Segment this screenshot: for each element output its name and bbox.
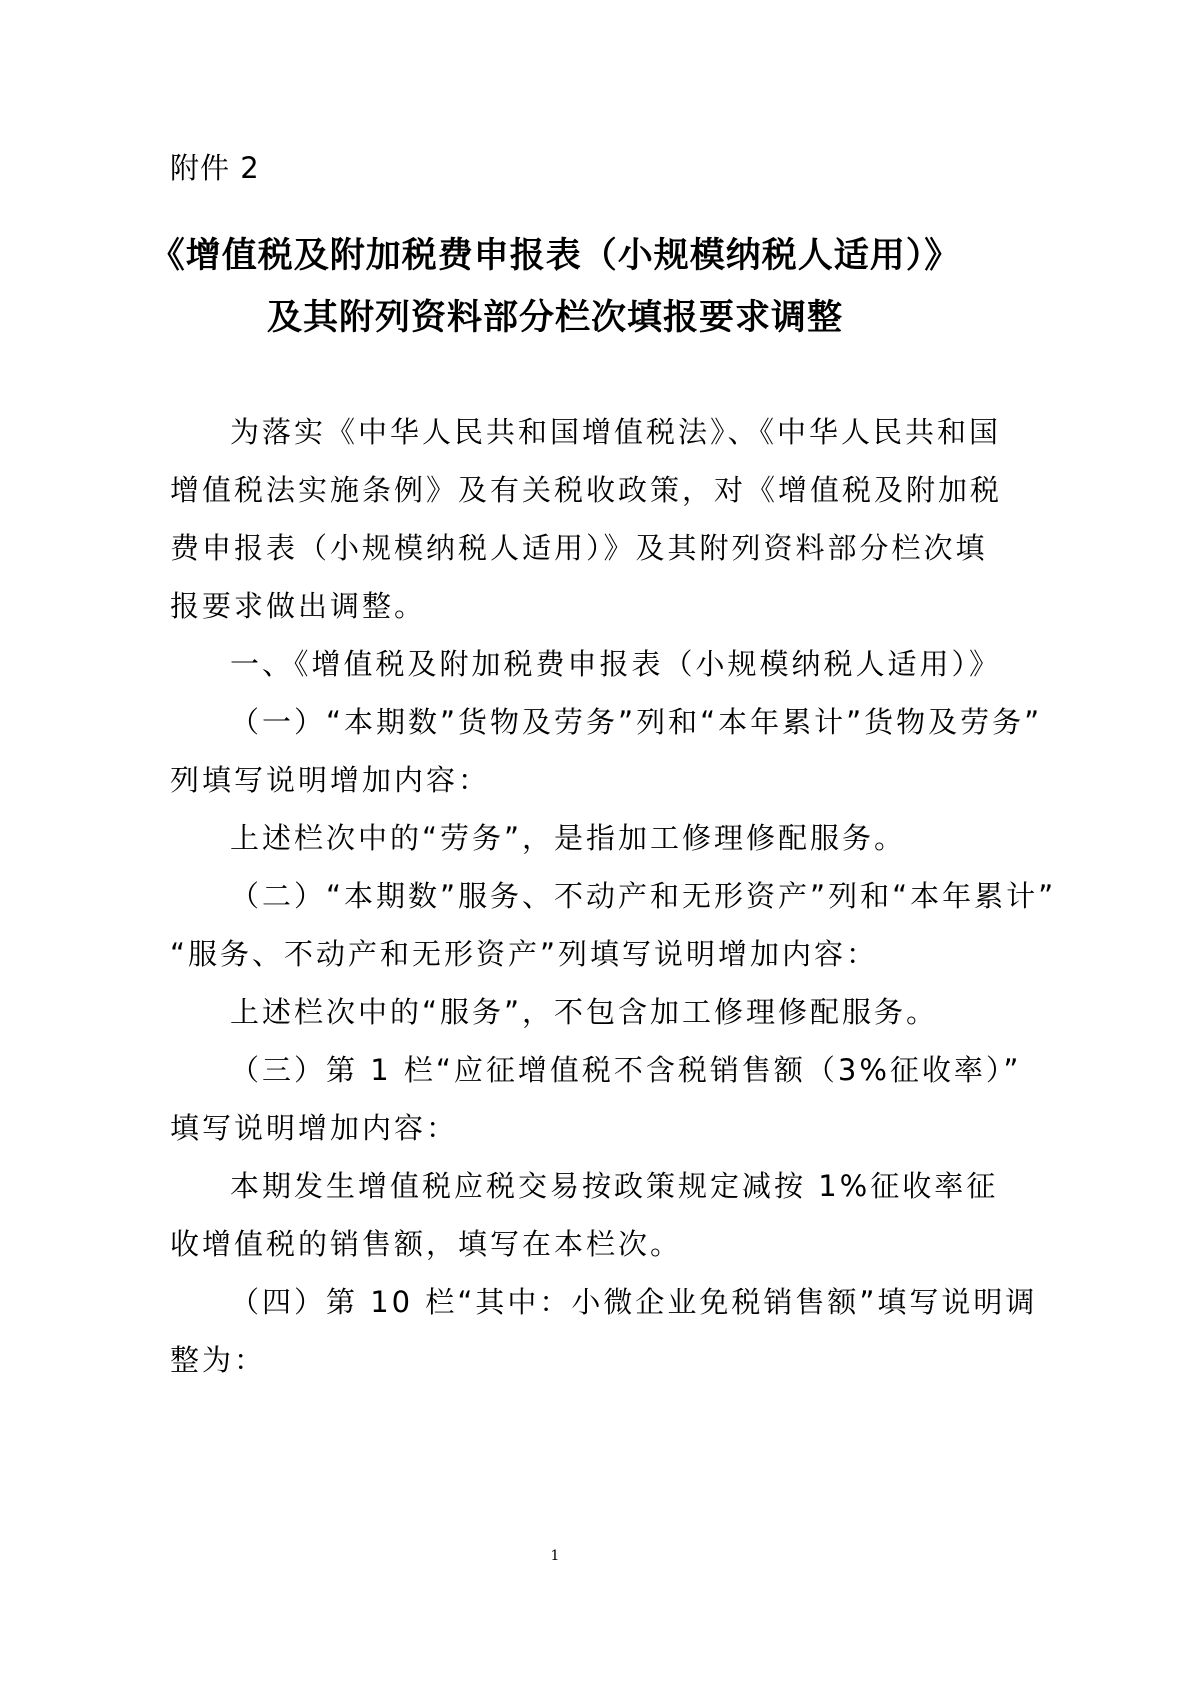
body-line: 填写说明增加内容： bbox=[170, 1106, 945, 1147]
document-title-line-1: 《增值税及附加税费申报表（小规模纳税人适用）》 bbox=[0, 228, 1110, 278]
body-line: （二）“本期数”服务、不动产和无形资产”列和“本年累计” bbox=[230, 874, 1005, 915]
body-line: 上述栏次中的“服务”，不包含加工修理修配服务。 bbox=[230, 990, 1005, 1031]
body-line: 整为： bbox=[170, 1338, 945, 1379]
body-line: 上述栏次中的“劳务”，是指加工修理修配服务。 bbox=[230, 816, 1005, 857]
attachment-label: 附件 2 bbox=[170, 146, 260, 187]
body-line: 费申报表（小规模纳税人适用）》及其附列资料部分栏次填 bbox=[170, 526, 945, 567]
body-line: 本期发生增值税应税交易按政策规定减按 1%征收率征 bbox=[230, 1164, 1005, 1205]
body-line: （四）第 10 栏“其中：小微企业免税销售额”填写说明调 bbox=[230, 1280, 1005, 1321]
section-heading: 一、《增值税及附加税费申报表（小规模纳税人适用）》 bbox=[230, 642, 1005, 683]
body-line: 收增值税的销售额，填写在本栏次。 bbox=[170, 1222, 945, 1263]
body-line: 为落实《中华人民共和国增值税法》、《中华人民共和国 bbox=[230, 410, 1005, 451]
document-title-line-2: 及其附列资料部分栏次填报要求调整 bbox=[0, 290, 1110, 340]
body-line: （一）“本期数”货物及劳务”列和“本年累计”货物及劳务” bbox=[230, 700, 1005, 741]
page-number: 1 bbox=[0, 1548, 1110, 1564]
body-line: 列填写说明增加内容： bbox=[170, 758, 945, 799]
body-line: 报要求做出调整。 bbox=[170, 584, 945, 625]
body-line: 增值税法实施条例》及有关税收政策，对《增值税及附加税 bbox=[170, 468, 945, 509]
body-line: “服务、不动产和无形资产”列填写说明增加内容： bbox=[170, 932, 945, 973]
body-line: （三）第 1 栏“应征增值税不含税销售额（3%征收率）” bbox=[230, 1048, 1005, 1089]
document-page: 附件 2 《增值税及附加税费申报表（小规模纳税人适用）》 及其附列资料部分栏次填… bbox=[0, 0, 1190, 1683]
